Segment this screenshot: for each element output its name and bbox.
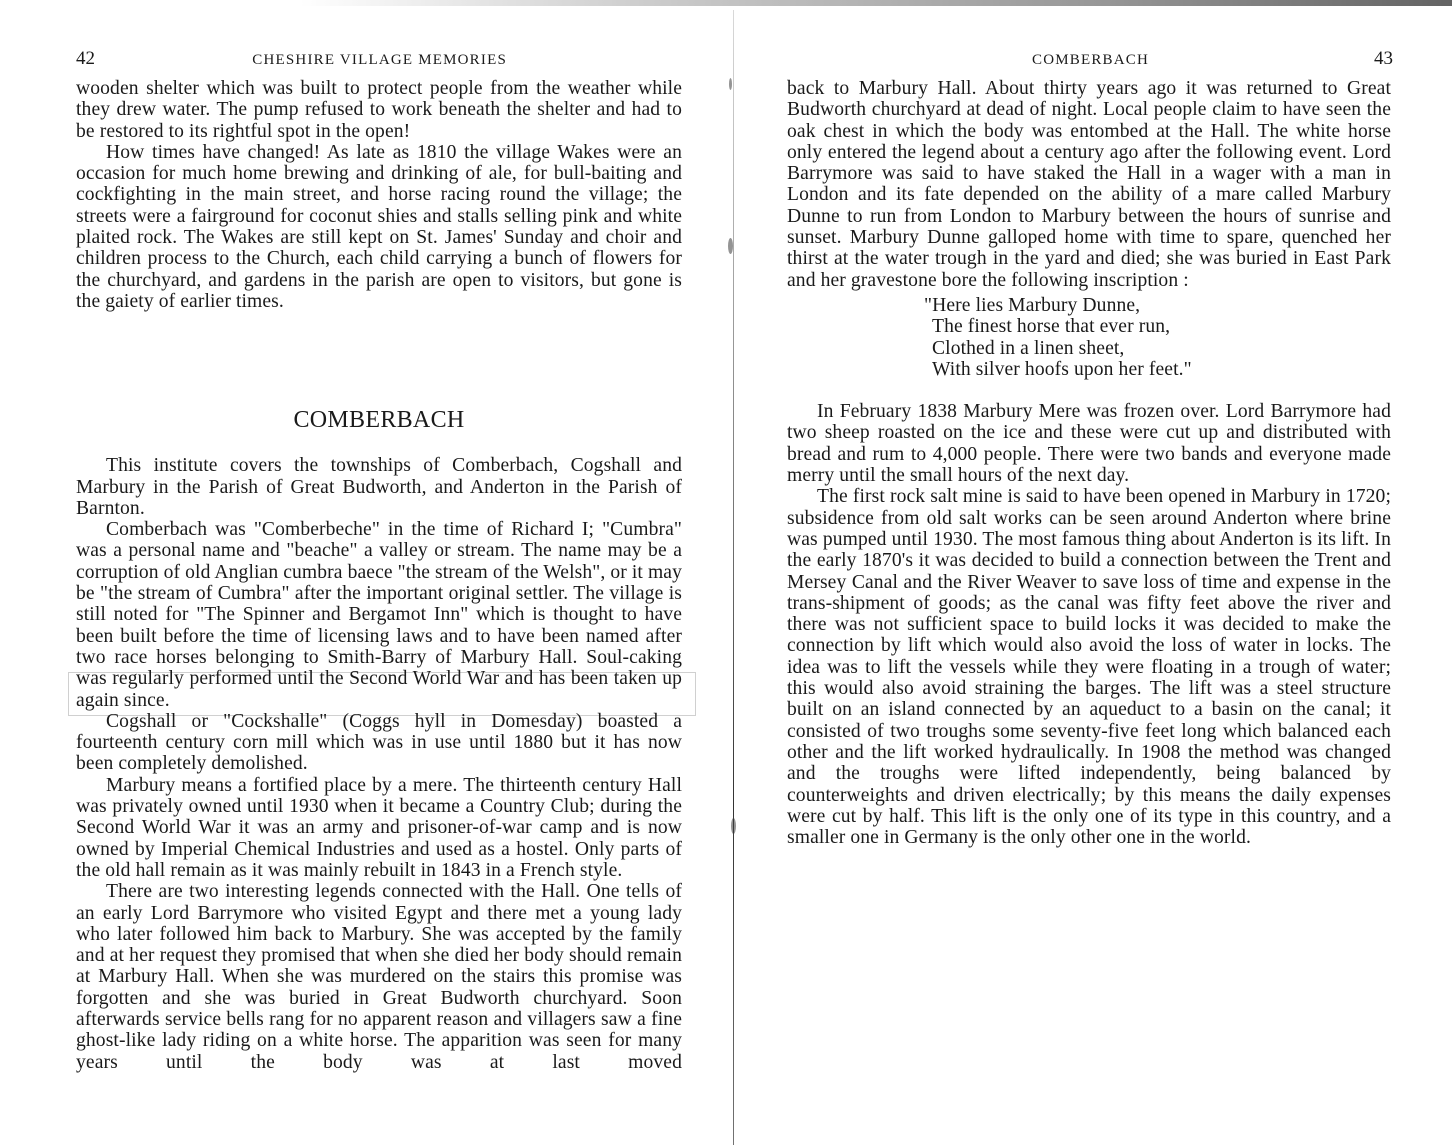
poem-line: Clothed in a linen sheet,: [932, 338, 1391, 359]
paragraph: back to Marbury Hall. About thirty years…: [787, 78, 1391, 291]
left-page: 42 CHESHIRE VILLAGE MEMORIES wooden shel…: [76, 48, 682, 1073]
paragraph: The first rock salt mine is said to have…: [787, 486, 1391, 848]
gutter-smudge: [731, 818, 736, 834]
poem-line: "Here lies Marbury Dunne,: [932, 295, 1391, 316]
right-page: COMBERBACH 43 back to Marbury Hall. Abou…: [787, 48, 1391, 848]
paragraph: This institute covers the townships of C…: [76, 455, 682, 519]
chapter-title: COMBERBACH: [1032, 50, 1149, 71]
paragraph: How times have changed! As late as 1810 …: [76, 142, 682, 312]
poem-line: With silver hoofs upon her feet.": [932, 359, 1391, 380]
gravestone-inscription-poem: "Here lies Marbury Dunne, The finest hor…: [932, 295, 1391, 380]
scan-top-edge-shadow: [300, 0, 1452, 6]
page-number: 42: [76, 48, 95, 69]
paragraph: In February 1838 Marbury Mere was frozen…: [787, 401, 1391, 486]
gutter-smudge: [729, 78, 732, 90]
paragraph: Comberbach was "Comberbeche" in the time…: [76, 519, 682, 711]
gutter-smudge: [728, 238, 733, 254]
poem-line: The finest horse that ever run,: [932, 316, 1391, 337]
paragraph: There are two interesting legends connec…: [76, 881, 682, 1073]
paragraph: Cogshall or "Cockshalle" (Coggs hyll in …: [76, 711, 682, 775]
book-gutter: [733, 10, 734, 1145]
paragraph: wooden shelter which was built to protec…: [76, 78, 682, 142]
section-heading: COMBERBACH: [76, 410, 682, 436]
right-running-head: COMBERBACH 43: [787, 48, 1391, 70]
left-running-head: 42 CHESHIRE VILLAGE MEMORIES: [76, 48, 682, 70]
page-number: 43: [1374, 48, 1393, 69]
paragraph: Marbury means a fortified place by a mer…: [76, 775, 682, 881]
book-title: CHESHIRE VILLAGE MEMORIES: [252, 50, 507, 71]
